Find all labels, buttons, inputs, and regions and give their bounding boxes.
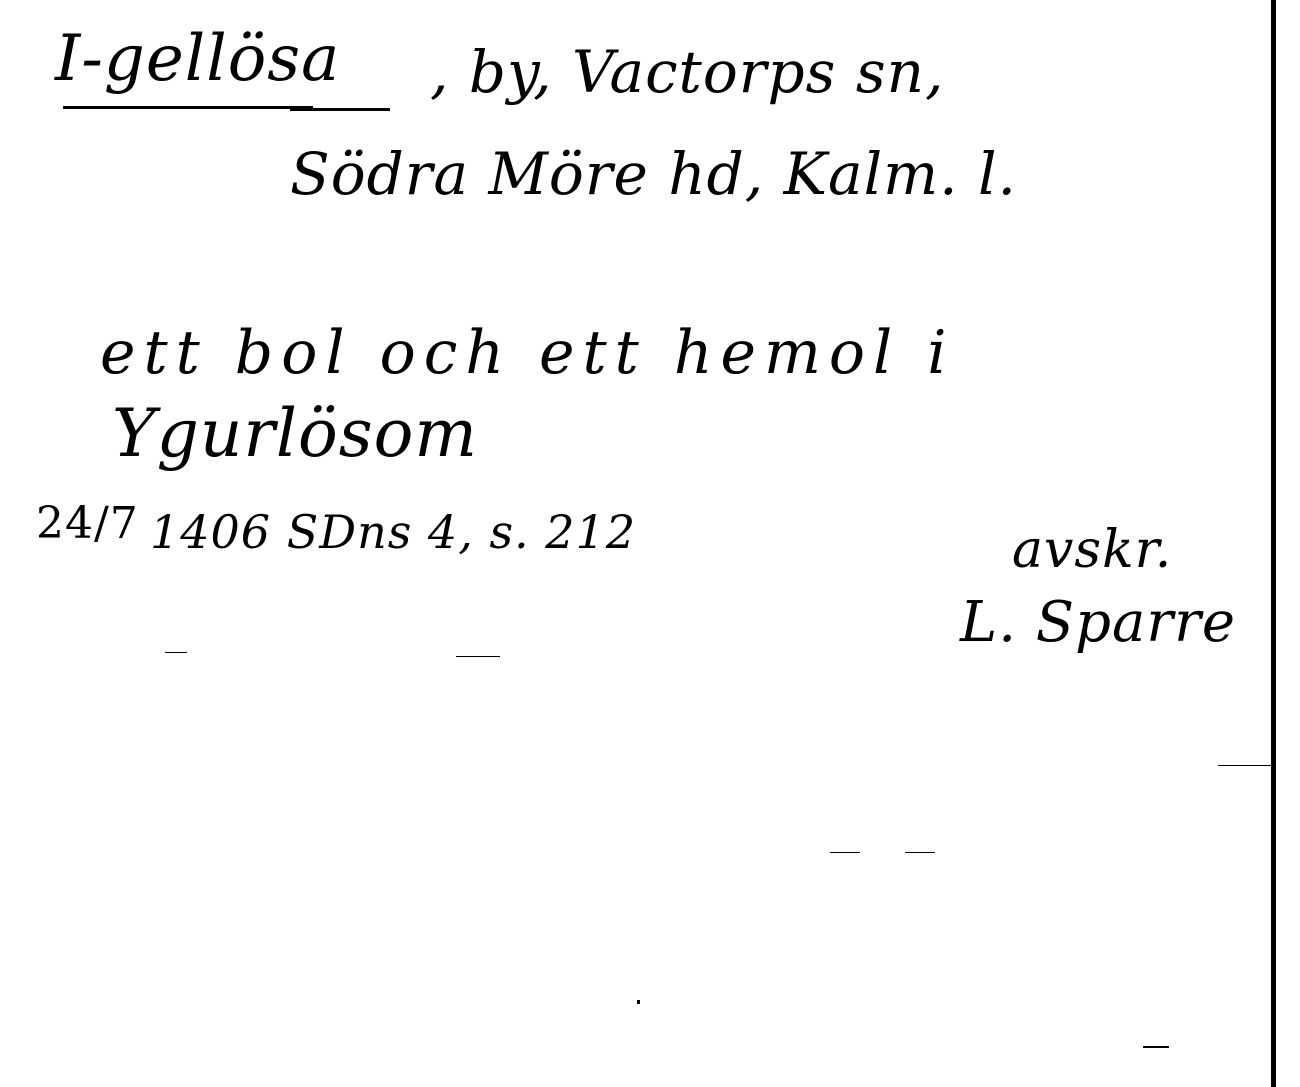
- scan-speck: [905, 852, 935, 853]
- source-reference: 1406 SDns 4, s. 212: [150, 505, 636, 559]
- headword: I-gellösa: [55, 22, 340, 96]
- headword-underline-tail: [290, 108, 390, 111]
- transcription-note: avskr.: [1012, 520, 1172, 580]
- body-text-line-2: Ygurlösom: [112, 395, 478, 472]
- card-edge: [1271, 0, 1276, 1087]
- scan-speck: [456, 656, 500, 657]
- location-parish: , by, Vactorps sn,: [430, 38, 944, 106]
- scan-speck: [165, 652, 187, 653]
- index-card: I-gellösa , by, Vactorps sn, Södra Möre …: [0, 0, 1300, 1087]
- scan-speck: [637, 1000, 640, 1004]
- record-date: 24/7: [36, 498, 139, 549]
- body-text-line-1: ett bol och ett hemol i: [100, 318, 954, 388]
- signature: L. Sparre: [960, 590, 1236, 655]
- location-district: Södra Möre hd, Kalm. l.: [290, 140, 1017, 208]
- scan-speck: [830, 852, 860, 853]
- scan-speck: [1143, 1046, 1169, 1048]
- scan-speck: [1218, 765, 1273, 766]
- headword-underline: [63, 106, 313, 109]
